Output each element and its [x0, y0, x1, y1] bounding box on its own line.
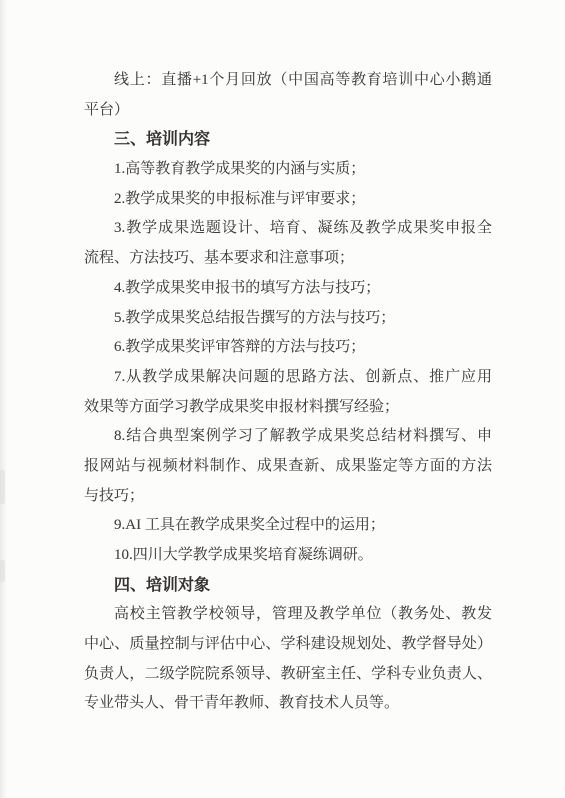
training-content-item-10: 10.四川大学教学成果奖培育凝练调研。: [84, 541, 492, 571]
training-content-item-3-line-1: 3.教学成果选题设计、培育、凝练及教学成果奖申报全: [84, 214, 492, 244]
delivery-line-2: 平台）: [84, 96, 492, 126]
training-content-item-4: 4.教学成果奖申报书的填写方法与技巧；: [84, 274, 492, 304]
training-content-item-2: 2.教学成果奖的申报标准与评审要求；: [84, 185, 492, 215]
training-content-item-9: 9.AI 工具在教学成果奖全过程中的运用；: [84, 511, 492, 541]
training-audience-line-1: 高校主管教学校领导，管理及教学单位（教务处、教发: [84, 600, 492, 630]
training-content-item-3-line-2: 流程、方法技巧、基本要求和注意事项；: [84, 244, 492, 274]
training-content-item-7-line-2: 效果等方面学习教学成果奖申报材料撰写经验；: [84, 393, 492, 423]
document-body: 线上：直播+1个月回放（中国高等教育培训中心小鹅通 平台） 三、培训内容 1.高…: [84, 66, 492, 719]
section-heading-training-content: 三、培训内容: [84, 125, 492, 155]
scan-smudge-artifact: [0, 470, 5, 504]
scan-edge-artifact: [0, 0, 7, 798]
training-content-item-8-line-2: 报网站与视频材料制作、成果查新、成果鉴定等方面的方法: [84, 452, 492, 482]
training-content-item-5: 5.教学成果奖总结报告撰写的方法与技巧；: [84, 304, 492, 334]
training-content-item-6: 6.教学成果奖评审答辩的方法与技巧；: [84, 333, 492, 363]
training-content-item-1: 1.高等教育教学成果奖的内涵与实质；: [84, 155, 492, 185]
training-audience-line-4: 专业带头人、骨干青年教师、教育技术人员等。: [84, 689, 492, 719]
scan-smudge-artifact: [0, 560, 5, 582]
section-heading-training-audience: 四、培训对象: [84, 571, 492, 601]
training-audience-line-3: 负责人，二级学院院系领导、教研室主任、学科专业负责人、: [84, 660, 492, 690]
training-content-item-8-line-1: 8.结合典型案例学习了解教学成果奖总结材料撰写、申: [84, 422, 492, 452]
training-content-item-8-line-3: 与技巧；: [84, 482, 492, 512]
training-audience-line-2: 中心、质量控制与评估中心、学科建设规划处、教学督导处）: [84, 630, 492, 660]
training-content-item-7-line-1: 7.从教学成果解决问题的思路方法、创新点、推广应用: [84, 363, 492, 393]
scanned-document-page: 线上：直播+1个月回放（中国高等教育培训中心小鹅通 平台） 三、培训内容 1.高…: [0, 0, 565, 798]
delivery-line-1: 线上：直播+1个月回放（中国高等教育培训中心小鹅通: [84, 66, 492, 96]
